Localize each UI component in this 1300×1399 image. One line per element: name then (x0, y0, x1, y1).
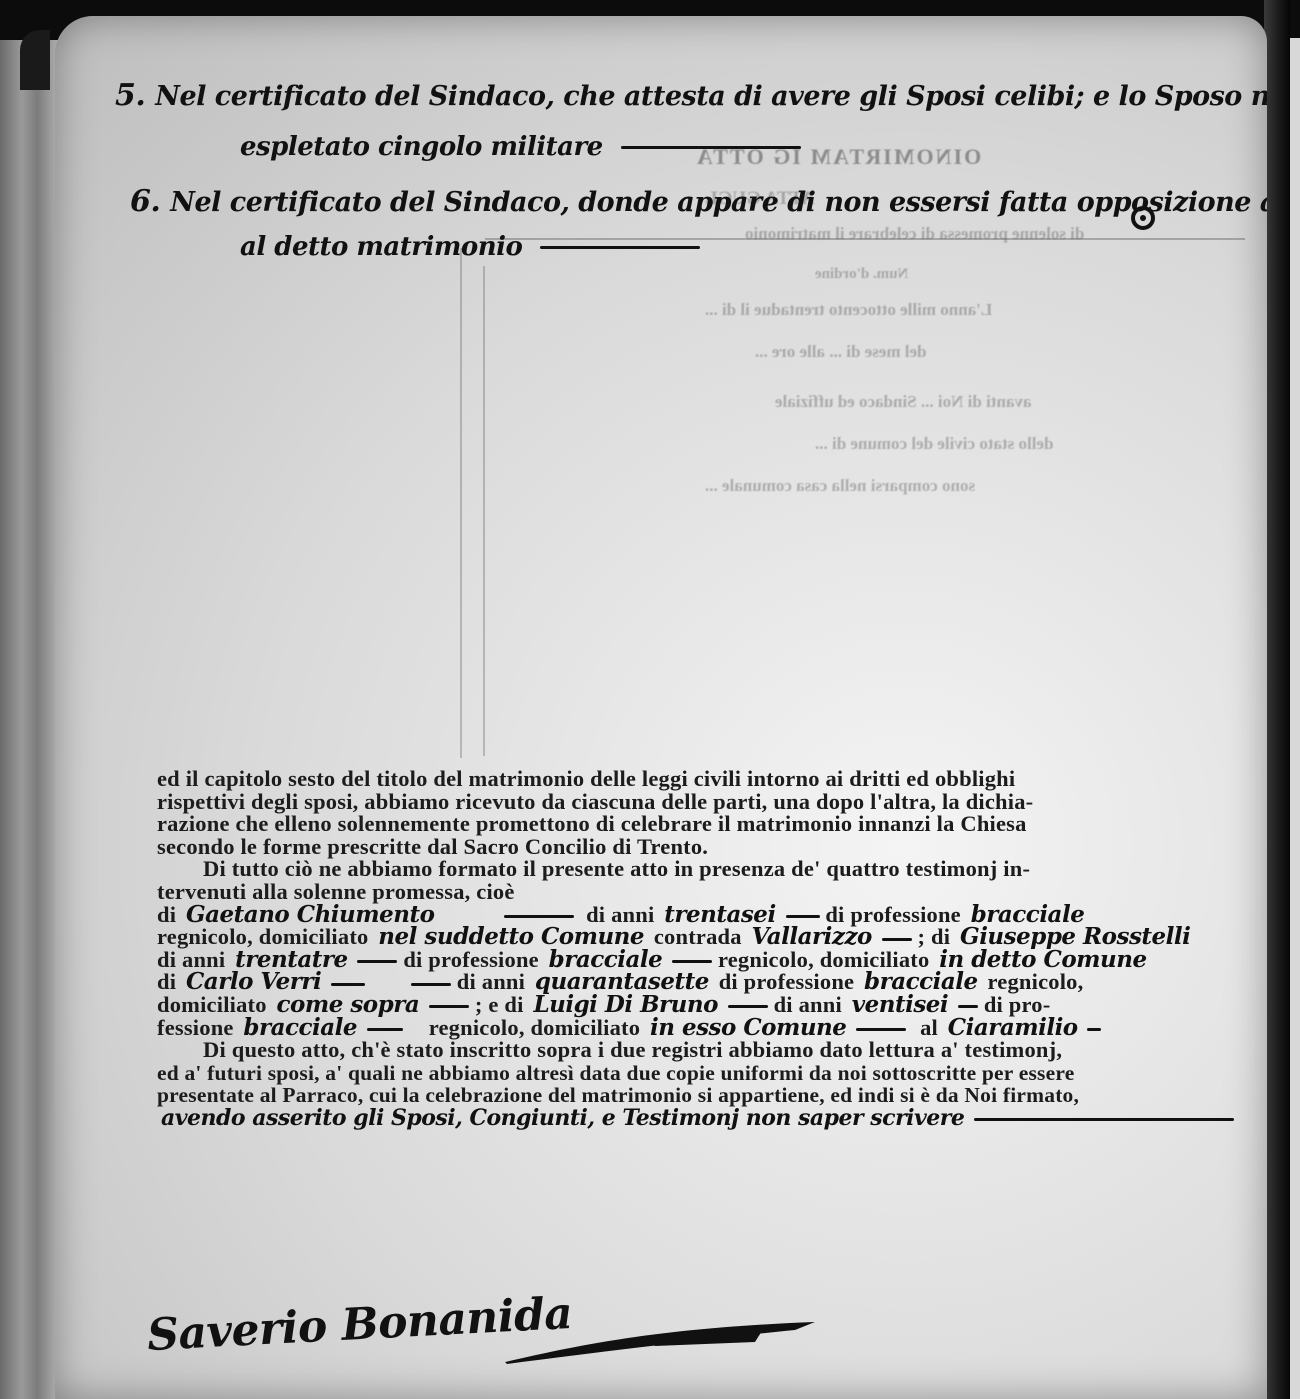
label: al (920, 1015, 938, 1040)
bleed-through-line: avanti di Noi ... Sindaco ed uffiziale (775, 392, 1031, 412)
printed-line: ed a' futuri sposi, a' quali ne abbiamo … (157, 1062, 1267, 1085)
note-text: Nel certificato del Sindaco, che attesta… (155, 81, 1267, 112)
fill-dash (367, 1028, 403, 1031)
fill-dash (540, 246, 700, 249)
register-page: OINOMIRTAM IG OTTA ATTA GUGL di solenne … (55, 16, 1267, 1399)
binding-shadow (20, 30, 50, 90)
bleed-through-line: del mese di ... alle ore ... (755, 342, 927, 362)
fill-dash (974, 1118, 1234, 1121)
page-gutter-shadow (1264, 0, 1290, 1399)
printed-act-text: ed il capitolo sesto del titolo del matr… (157, 768, 1267, 1130)
witness-4-line: fessione bracciale regnicolo, domiciliat… (157, 1017, 1267, 1040)
fill-dash (331, 983, 365, 986)
fill-dash (856, 1028, 906, 1031)
fill-dash (357, 960, 397, 963)
printed-line: Di tutto ciò ne abbiamo formato il prese… (157, 858, 1267, 881)
bleed-through-column-rule (460, 248, 462, 758)
note-text: Nel certificato del Sindaco, donde appar… (170, 187, 1267, 218)
label: di (157, 969, 176, 994)
label: contrada (654, 924, 742, 949)
printed-line: ed il capitolo sesto del titolo del matr… (157, 768, 1267, 791)
handwritten-note-6-continuation: al detto matrimonio (240, 228, 700, 263)
fill-dash (882, 938, 912, 941)
handwritten-note-5: 5. Nel certificato del Sindaco, che atte… (115, 78, 1267, 113)
printed-line: rispettivi degli sposi, abbiamo ricevuto… (157, 791, 1267, 814)
fill-dash (621, 146, 801, 149)
fill-dash (786, 915, 820, 918)
handwritten-closing: avendo asserito gli Sposi, Congiunti, e … (157, 1105, 968, 1131)
ink-blot-mark-icon (1131, 206, 1155, 230)
bleed-through-line: di solenne promessa di celebrare il matr… (745, 224, 1084, 244)
note-text: al detto matrimonio (240, 232, 522, 262)
label: di (157, 902, 176, 927)
bleed-through-line: sono comparsi nella casa comunale ... (705, 476, 975, 496)
next-page-edge (1290, 38, 1300, 1399)
fill-dash (728, 1005, 768, 1008)
fill-dash (504, 915, 574, 918)
label: fessione (157, 1015, 234, 1040)
bleed-through-line: Num. d'ordine (815, 266, 908, 283)
bleed-through-column-rule (483, 266, 485, 756)
label: regnicolo, domiciliato (429, 1015, 640, 1040)
handwritten-note-6: 6. Nel certificato del Sindaco, donde ap… (130, 184, 1267, 219)
signature-flourish-icon (495, 1316, 825, 1366)
printed-line: secondo le forme prescritte dal Sacro Co… (157, 836, 1267, 859)
handwritten-note-5-continuation: espletato cingolo militare (240, 128, 801, 163)
label: di professione (719, 969, 855, 994)
bleed-through-line: dello stato civile del comune di ... (815, 434, 1053, 454)
label: di anni (457, 969, 525, 994)
handwritten-closing-line: avendo asserito gli Sposi, Congiunti, e … (157, 1107, 1267, 1130)
book-binding-edge (0, 40, 62, 1399)
note-number: 5. (115, 78, 145, 113)
fill-dash (429, 1005, 469, 1008)
fill-dash (672, 960, 712, 963)
fill-dash (958, 1005, 978, 1008)
bleed-through-line: L'anno mille ottocento trentadue il di .… (705, 300, 992, 320)
label: ; e di (475, 992, 524, 1017)
fill-dash (411, 983, 451, 986)
printed-line: Di questo atto, ch'è stato inscritto sop… (157, 1039, 1267, 1062)
fill-dash (1087, 1028, 1101, 1031)
note-text: espletato cingolo militare (240, 132, 603, 162)
label: di professione (403, 947, 539, 972)
label: regnicolo, (988, 969, 1084, 994)
printed-line: razione che elleno solennemente prometto… (157, 813, 1267, 836)
printed-line: presentate al Parraco, cui la celebrazio… (157, 1084, 1267, 1107)
note-number: 6. (130, 184, 160, 219)
